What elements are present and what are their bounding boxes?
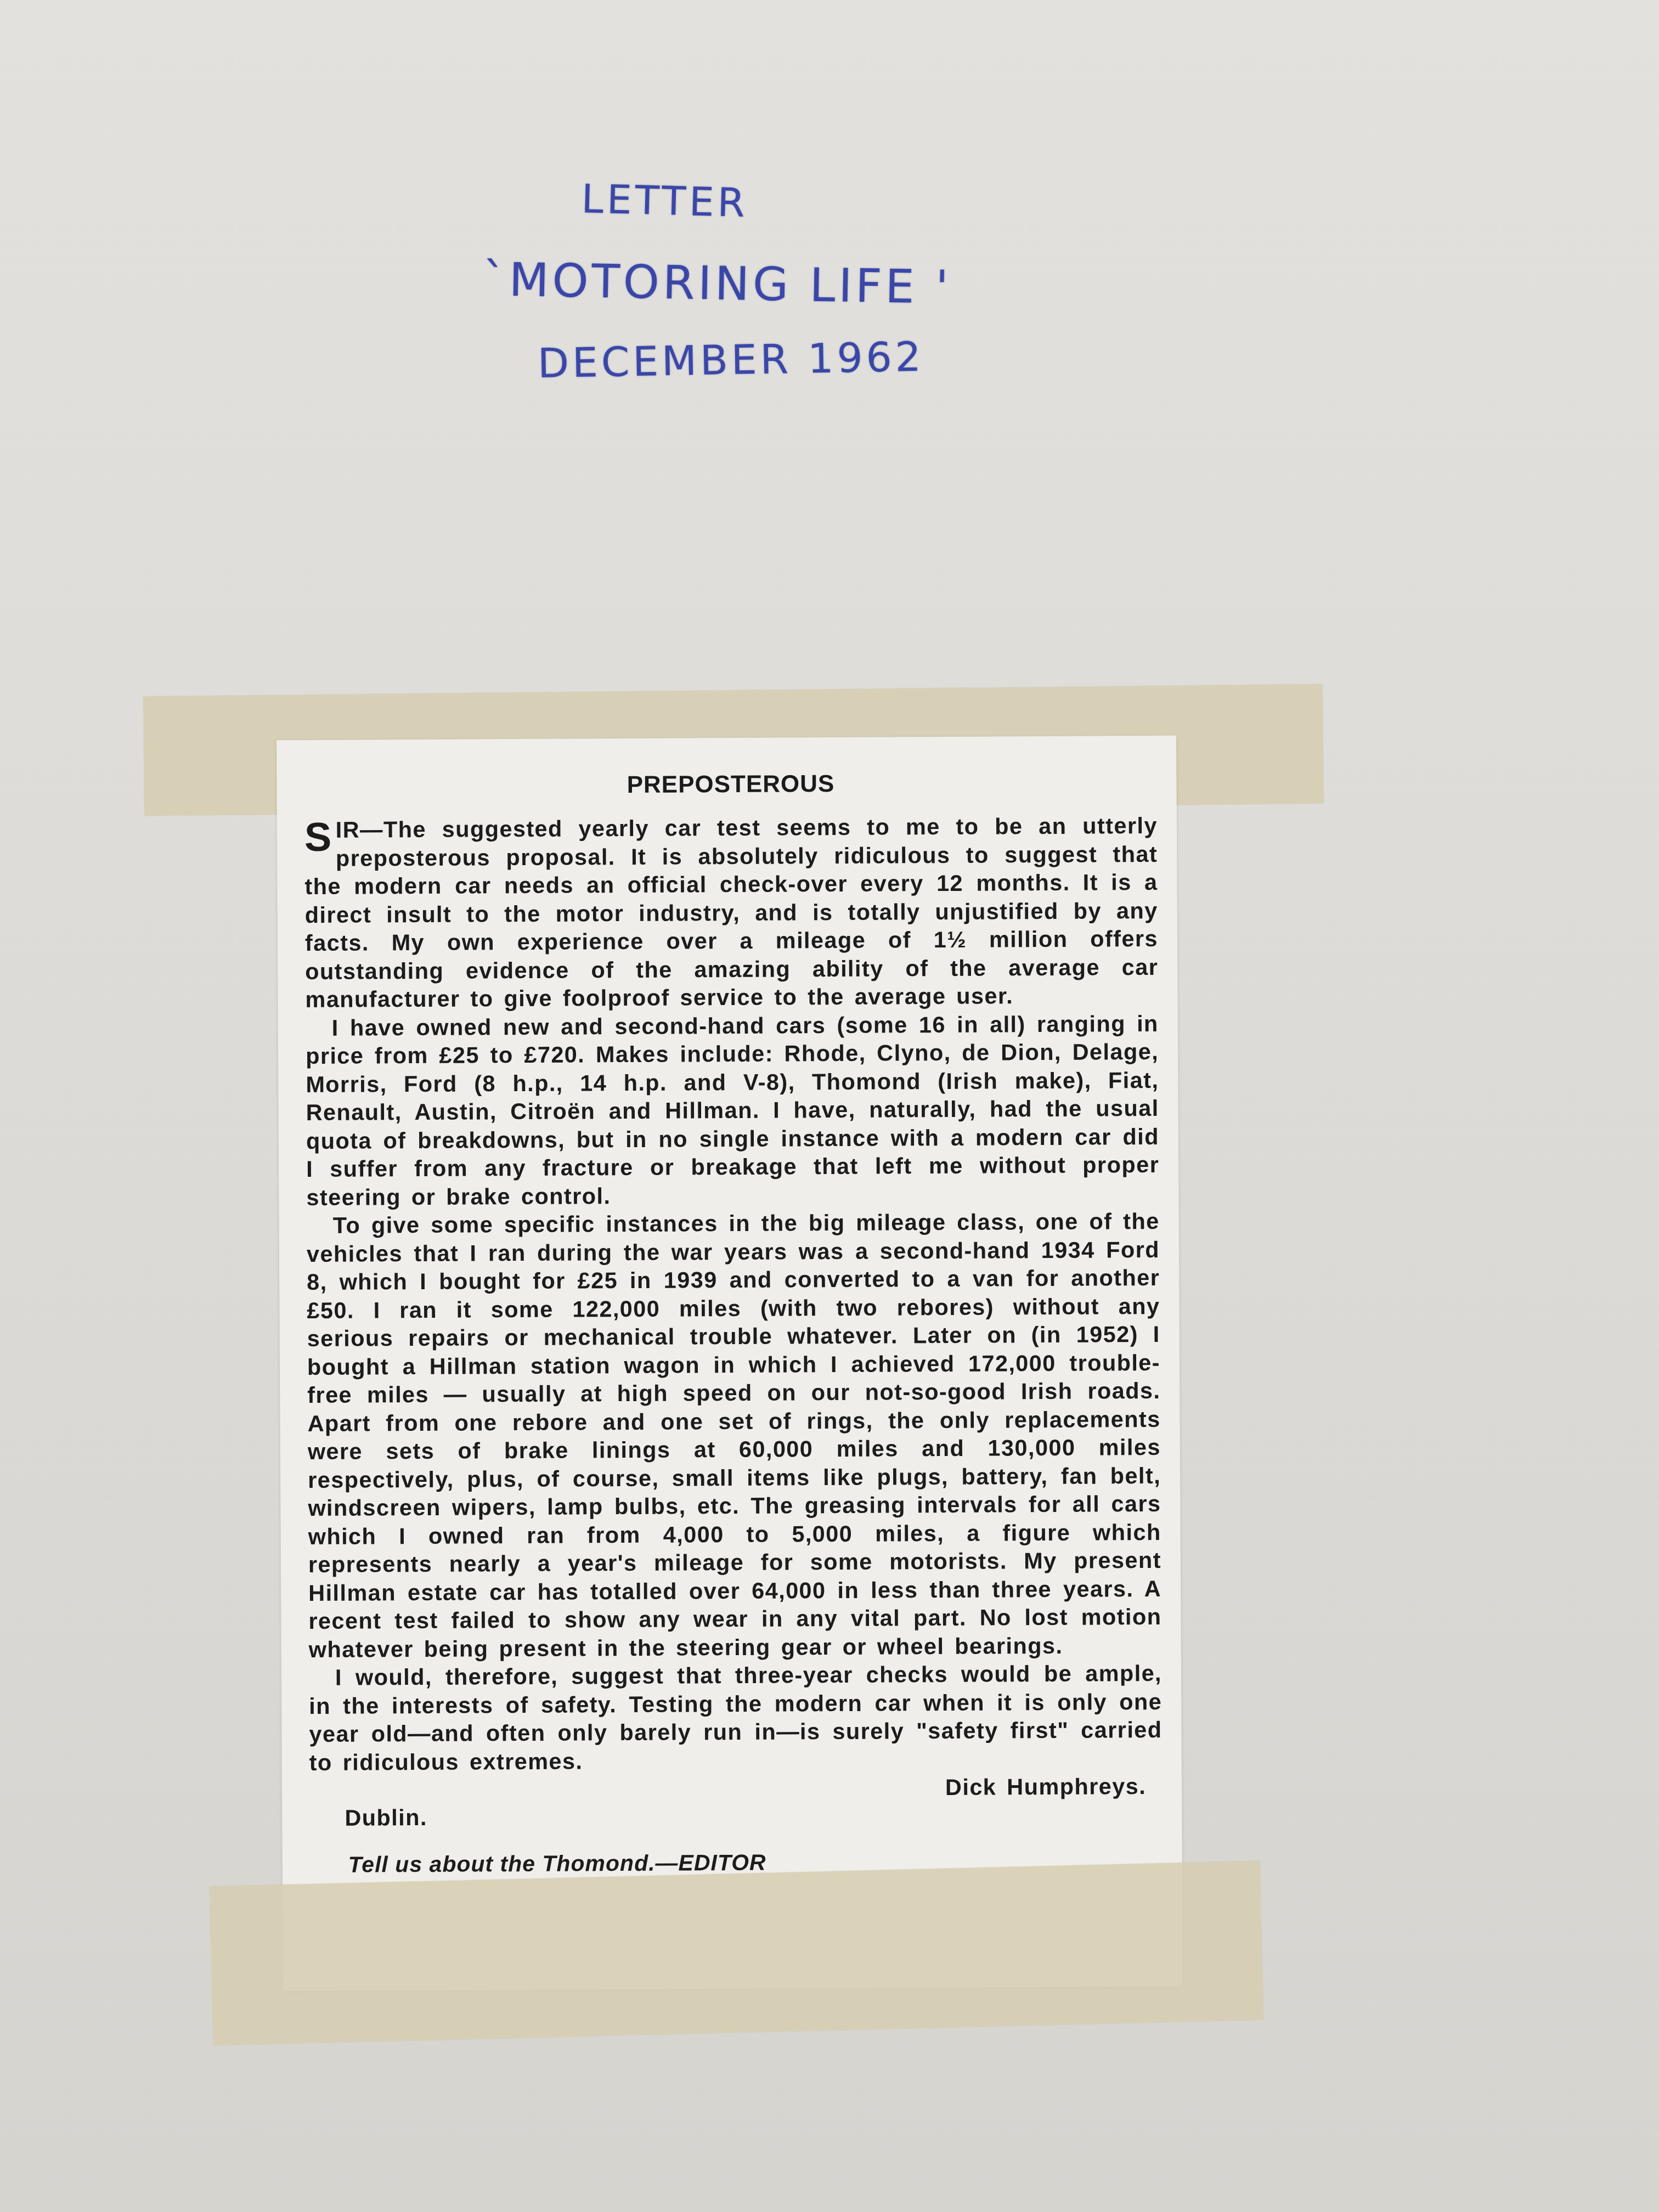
handwritten-label-letter: LETTER bbox=[581, 176, 749, 226]
paragraph-2: I have owned new and second-hand cars (s… bbox=[306, 1009, 1160, 1211]
signature-block: Dick Humphreys. Dublin. bbox=[309, 1772, 1163, 1837]
paragraph-1: SIR—The suggested yearly car test seems … bbox=[304, 811, 1159, 1014]
adhesive-tape-bottom bbox=[210, 1861, 1264, 2046]
letter-body: SIR—The suggested yearly car test seems … bbox=[304, 811, 1163, 1837]
paragraph-4: I would, therefore, suggest that three-y… bbox=[309, 1659, 1163, 1776]
paragraph-1-text: IR—The suggested yearly car test seems t… bbox=[304, 812, 1158, 1012]
clipping-headline: PREPOSTEROUS bbox=[304, 769, 1157, 800]
paragraph-3: To give some specific instances in the b… bbox=[307, 1207, 1162, 1663]
drop-cap: S bbox=[304, 818, 332, 856]
handwritten-publication-name: `MOTORING LIFE ' bbox=[482, 252, 952, 314]
letter-location: Dublin. bbox=[345, 1803, 427, 1832]
letter-signature: Dick Humphreys. bbox=[945, 1772, 1146, 1801]
newspaper-clipping: PREPOSTEROUS SIR—The suggested yearly ca… bbox=[276, 736, 1183, 1991]
handwritten-date: DECEMBER 1962 bbox=[537, 334, 924, 387]
